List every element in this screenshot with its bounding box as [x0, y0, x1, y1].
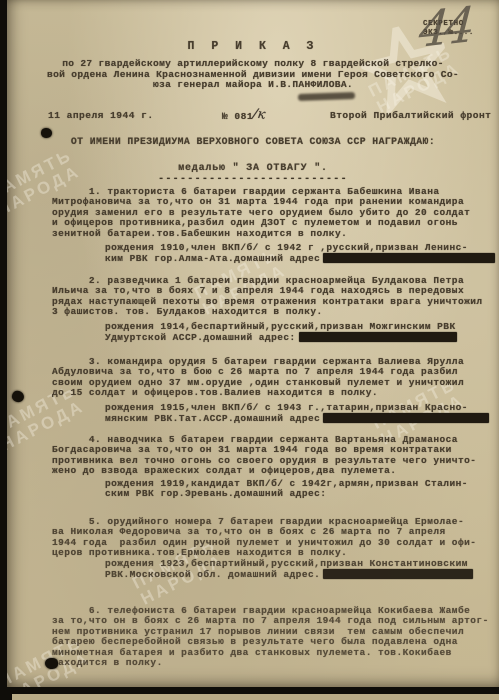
front-name: Второй Прибалтийский фронт: [330, 111, 491, 121]
hole-punch: [45, 658, 58, 669]
unit-description: по 27 гвардейскому артиллерийскому полку…: [7, 59, 499, 91]
order-date: 11 апреля 1944 г.: [48, 111, 154, 121]
section-2-citation: 2. разведчика 1 батареи гвардии красноар…: [52, 276, 499, 318]
redaction-bar: [323, 253, 495, 263]
section-4-citation: 4. наводчика 5 батареи гвардии сержанта …: [52, 435, 499, 477]
order-number: № 081/к: [222, 111, 265, 122]
bottom-page-edge: [12, 694, 499, 700]
order-number-handwritten: /к: [253, 109, 266, 121]
ink-smudge: [298, 92, 355, 101]
section-1-citation: 1. тракториста 6 батареи гвардии сержант…: [52, 187, 499, 239]
section-2-service-record: рождения 1914,беспартийный,русский,призв…: [105, 322, 499, 344]
hole-punch: [41, 128, 52, 138]
scanned-order-screenshot: { "colors": { "paper": "#ccbf9b", "ink":…: [0, 0, 499, 700]
section-5-service-record: рождения 1923,беспартийный,русский,призв…: [105, 559, 499, 581]
section-1-service-record: рождения 1910,член ВКП/б/ с 1942 г ,русс…: [105, 243, 499, 265]
hole-punch: [10, 389, 25, 403]
medal-name: медалью " ЗА ОТВАГУ ".: [7, 164, 499, 174]
order-number-typed: № 081: [222, 111, 253, 122]
order-title: П Р И К А З: [7, 42, 499, 52]
section-5-citation: 5. орудийного номера 7 батареи гвардии к…: [52, 517, 499, 559]
section-4-service-record: рождения 1919,кандидат ВКП/б/ с 1942г,ар…: [105, 479, 499, 500]
section-3-service-record: рождения 1915,член ВКП/б/ с 1943 г.,тата…: [105, 403, 499, 425]
section-4-service-text: рождения 1919,кандидат ВКП/б/ с 1942г,ар…: [105, 478, 468, 499]
section-6-citation: 6. телефониста 6 батареи гвардии красноа…: [52, 606, 499, 668]
redaction-bar: [323, 413, 489, 423]
award-preamble: ОТ ИМЕНИ ПРЕЗИДИУМА ВЕРХОВНОГО СОВЕТА СО…: [7, 137, 499, 147]
document-page: ПАМЯТЬ НАРОДА ПАМЯТЬ НАРОДА ПАМЯТЬ НАРОД…: [7, 0, 499, 687]
separator-line: --------------------------: [7, 175, 499, 185]
redaction-bar: [323, 569, 473, 579]
redaction-bar: [299, 332, 457, 342]
section-3-citation: 3. командира орудия 5 батареи гвардии се…: [52, 357, 499, 399]
